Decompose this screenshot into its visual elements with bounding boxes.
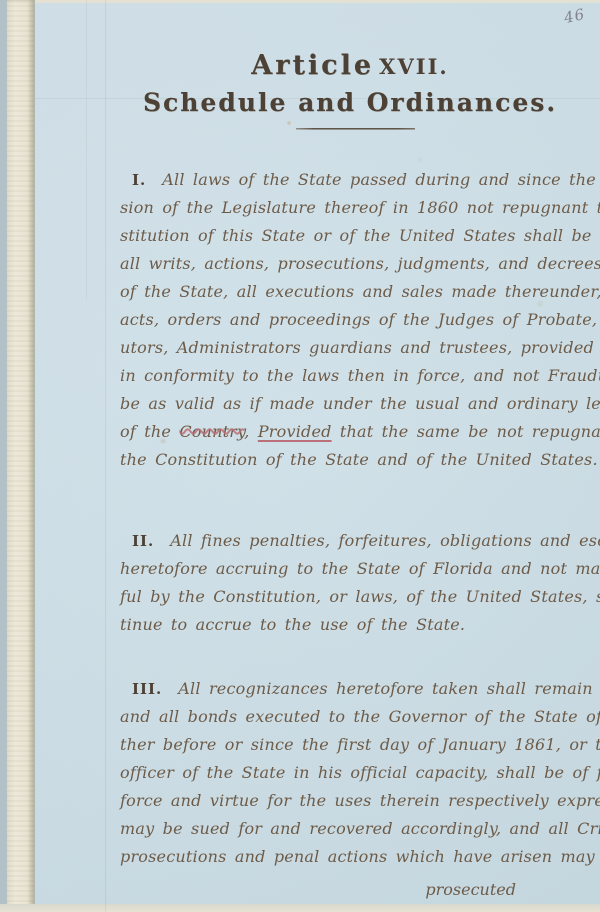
section-1-numeral: I. bbox=[132, 171, 146, 189]
article-subtitle: Schedule and Ordinances. bbox=[100, 88, 600, 117]
manuscript-line: ther before or since the first day of Ja… bbox=[120, 731, 534, 759]
line-text: that the same be not repugnant to bbox=[332, 422, 600, 441]
section-3: III.All recognizances heretofore taken s… bbox=[120, 675, 534, 871]
underlined-word-provided: Provided bbox=[258, 422, 332, 441]
section-3-numeral: III. bbox=[132, 680, 162, 698]
page-bottom-edge bbox=[0, 904, 600, 912]
line-text: All fines penalties, forfeitures, obliga… bbox=[170, 531, 600, 550]
manuscript-line: of the State, all executions and sales m… bbox=[120, 278, 534, 306]
manuscript-line: III.All recognizances heretofore taken s… bbox=[120, 675, 534, 703]
section-2-numeral: II. bbox=[132, 532, 154, 550]
manuscript-line: officer of the State in his official cap… bbox=[120, 759, 534, 787]
line-text: All laws of the State passed during and … bbox=[162, 170, 600, 189]
manuscript-line: may be sued for and recovered accordingl… bbox=[120, 815, 534, 843]
article-title-numeral: XVII. bbox=[379, 54, 449, 79]
catchword: prosecuted bbox=[425, 880, 516, 899]
manuscript-line: the Constitution of the State and of the… bbox=[120, 446, 534, 474]
line-text: All recognizances heretofore taken shall… bbox=[178, 679, 600, 698]
manuscript-line: II.All fines penalties, forfeitures, obl… bbox=[120, 527, 534, 555]
line-text: of the bbox=[120, 422, 179, 441]
manuscript-line: sion of the Legislature thereof in 1860 … bbox=[120, 194, 534, 222]
manuscript-page: 46 Article XVII. Schedule and Ordinances… bbox=[0, 0, 600, 912]
manuscript-line-proviso: of the Country, Provided that the same b… bbox=[120, 418, 534, 446]
manuscript-line: prosecutions and penal actions which hav… bbox=[120, 843, 534, 871]
manuscript-line: tinue to accrue to the use of the State. bbox=[120, 611, 534, 639]
line-text: , bbox=[244, 422, 258, 441]
manuscript-line: force and virtue for the uses therein re… bbox=[120, 787, 534, 815]
heading-divider-rule bbox=[296, 128, 415, 130]
manuscript-line: I.All laws of the State passed during an… bbox=[120, 166, 534, 194]
manuscript-line: utors, Administrators guardians and trus… bbox=[120, 334, 534, 362]
manuscript-line: in conformity to the laws then in force,… bbox=[120, 362, 534, 390]
page-number: 46 bbox=[562, 5, 586, 27]
manuscript-line: stitution of this State or of the United… bbox=[120, 222, 534, 250]
manuscript-line: heretofore accruing to the State of Flor… bbox=[120, 555, 534, 583]
manuscript-line: all writs, actions, prosecutions, judgme… bbox=[120, 250, 534, 278]
manuscript-line: ful by the Constitution, or laws, of the… bbox=[120, 583, 534, 611]
section-2: II.All fines penalties, forfeitures, obl… bbox=[120, 527, 534, 639]
struck-word-country: Country bbox=[179, 422, 244, 441]
binding-strip bbox=[7, 0, 35, 912]
article-title-word: Article bbox=[251, 50, 374, 81]
section-1: I.All laws of the State passed during an… bbox=[120, 166, 534, 474]
page-left-edge bbox=[0, 0, 7, 912]
manuscript-line: be as valid as if made under the usual a… bbox=[120, 390, 534, 418]
article-title: Article XVII. bbox=[100, 50, 600, 81]
page-top-edge bbox=[0, 0, 600, 3]
fold-line-vertical bbox=[105, 0, 106, 912]
manuscript-line: acts, orders and proceedings of the Judg… bbox=[120, 306, 534, 334]
fold-line-vertical-short bbox=[86, 0, 87, 300]
article-heading: Article XVII. Schedule and Ordinances. bbox=[100, 50, 600, 117]
manuscript-line: and all bonds executed to the Governor o… bbox=[120, 703, 534, 731]
